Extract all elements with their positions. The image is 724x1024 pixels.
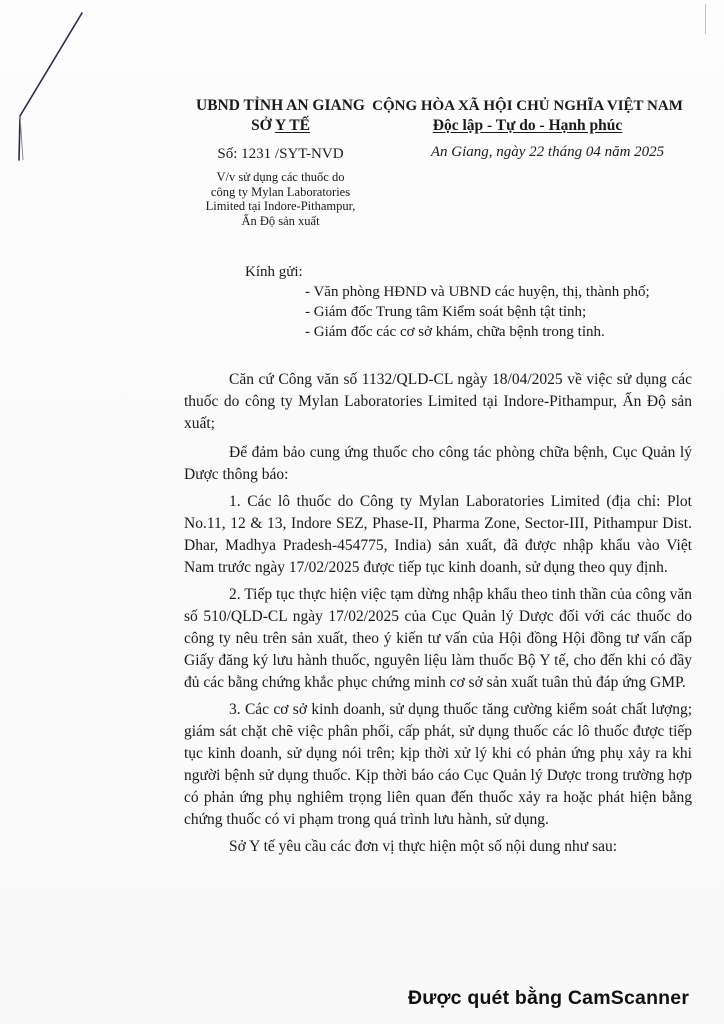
recipients-label: Kính gửi: [245,262,650,282]
paper-fold-line [0,0,100,170]
scan-edge-mark [705,4,706,34]
recipient-item: - Văn phòng HĐND và UBND các huyện, thị,… [305,282,650,302]
document-number: Số: 1231 /SYT-NVD [178,144,383,164]
national-title: CỘNG HÒA XÃ HỘI CHỦ NGHĨA VIỆT NAM [360,96,695,116]
recipient-item: - Giám đốc các cơ sở khám, chữa bệnh tro… [305,322,650,342]
agency-name: UBND TỈNH AN GIANG [178,96,383,116]
camscanner-watermark: Được quét bằng CamScanner [408,986,689,1010]
national-motto: Độc lập - Tự do - Hạnh phúc [360,116,695,136]
paragraph-item-3: 3. Các cơ sở kinh doanh, sử dụng thuốc t… [184,699,692,831]
recipients-block: Kính gửi: - Văn phòng HĐND và UBND các h… [245,262,650,342]
paragraph-item-2: 2. Tiếp tục thực hiện việc tạm dừng nhập… [184,584,692,694]
recipients-list: - Văn phòng HĐND và UBND các huyện, thị,… [245,282,650,342]
scanned-page: UBND TỈNH AN GIANG SỞ Y TẾ Số: 1231 /SYT… [0,0,724,1024]
document-body: Căn cứ Công văn số 1132/QLD-CL ngày 18/0… [184,369,692,863]
paragraph-legal-basis: Căn cứ Công văn số 1132/QLD-CL ngày 18/0… [184,369,692,435]
place-and-date: An Giang, ngày 22 tháng 04 năm 2025 [360,142,695,162]
department-name: SỞ Y TẾ [178,116,383,136]
paragraph-item-1: 1. Các lô thuốc do Công ty Mylan Laborat… [184,491,692,579]
recipient-item: - Giám đốc Trung tâm Kiểm soát bệnh tật … [305,302,650,322]
paragraph-request: Sở Y tế yêu cầu các đơn vị thực hiện một… [184,836,692,858]
issuing-agency-header: UBND TỈNH AN GIANG SỞ Y TẾ Số: 1231 /SYT… [178,96,383,228]
national-header: CỘNG HÒA XÃ HỘI CHỦ NGHĨA VIỆT NAM Độc l… [360,96,695,162]
document-subject: V/v sử dụng các thuốc do công ty Mylan L… [178,170,383,228]
paragraph-intro: Để đảm bảo cung ứng thuốc cho công tác p… [184,442,692,486]
